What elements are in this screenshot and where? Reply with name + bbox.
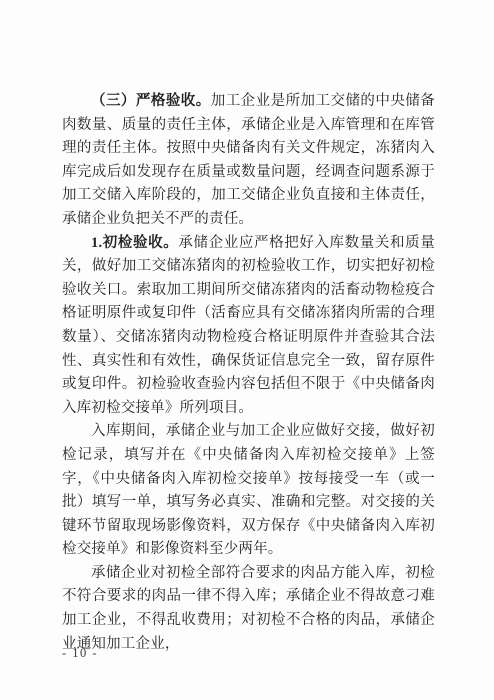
paragraph-section-3-heading: （三）严格验收。 (91, 93, 211, 109)
paragraph-item-1-text: 承储企业应严格把好入库数量关和质量关，做好加工交储冻猪肉的初检验收工作，切实把好… (62, 235, 435, 416)
paragraph-section-3: （三）严格验收。加工企业是所加工交储的中央储备肉数量、质量的责任主体，承储企业是… (62, 90, 435, 232)
paragraph-item-1: 1.初检验收。承储企业应严格把好入库数量关和质量关，做好加工交储冻猪肉的初检验收… (62, 232, 435, 421)
paragraph-acceptance-rules-text: 承储企业对初检全部符合要求的肉品方能入库，初检不符合要求的肉品一律不得入库；承储… (62, 565, 435, 652)
paragraph-item-1-heading: 1.初检验收。 (91, 235, 178, 251)
document-page: （三）严格验收。加工企业是所加工交储的中央储备肉数量、质量的责任主体，承储企业是… (0, 0, 494, 700)
page-number: - 10 - (62, 646, 98, 661)
paragraph-handover: 入库期间，承储企业与加工企业应做好交接，做好初检记录，填写并在《中央储备肉入库初… (62, 420, 435, 562)
paragraph-section-3-text: 加工企业是所加工交储的中央储备肉数量、质量的责任主体，承储企业是入库管理和在库管… (62, 93, 435, 227)
paragraph-acceptance-rules: 承储企业对初检全部符合要求的肉品方能入库，初检不符合要求的肉品一律不得入库；承储… (62, 562, 435, 656)
paragraph-handover-text: 入库期间，承储企业与加工企业应做好交接，做好初检记录，填写并在《中央储备肉入库初… (62, 423, 435, 557)
document-body: （三）严格验收。加工企业是所加工交储的中央储备肉数量、质量的责任主体，承储企业是… (62, 90, 435, 656)
